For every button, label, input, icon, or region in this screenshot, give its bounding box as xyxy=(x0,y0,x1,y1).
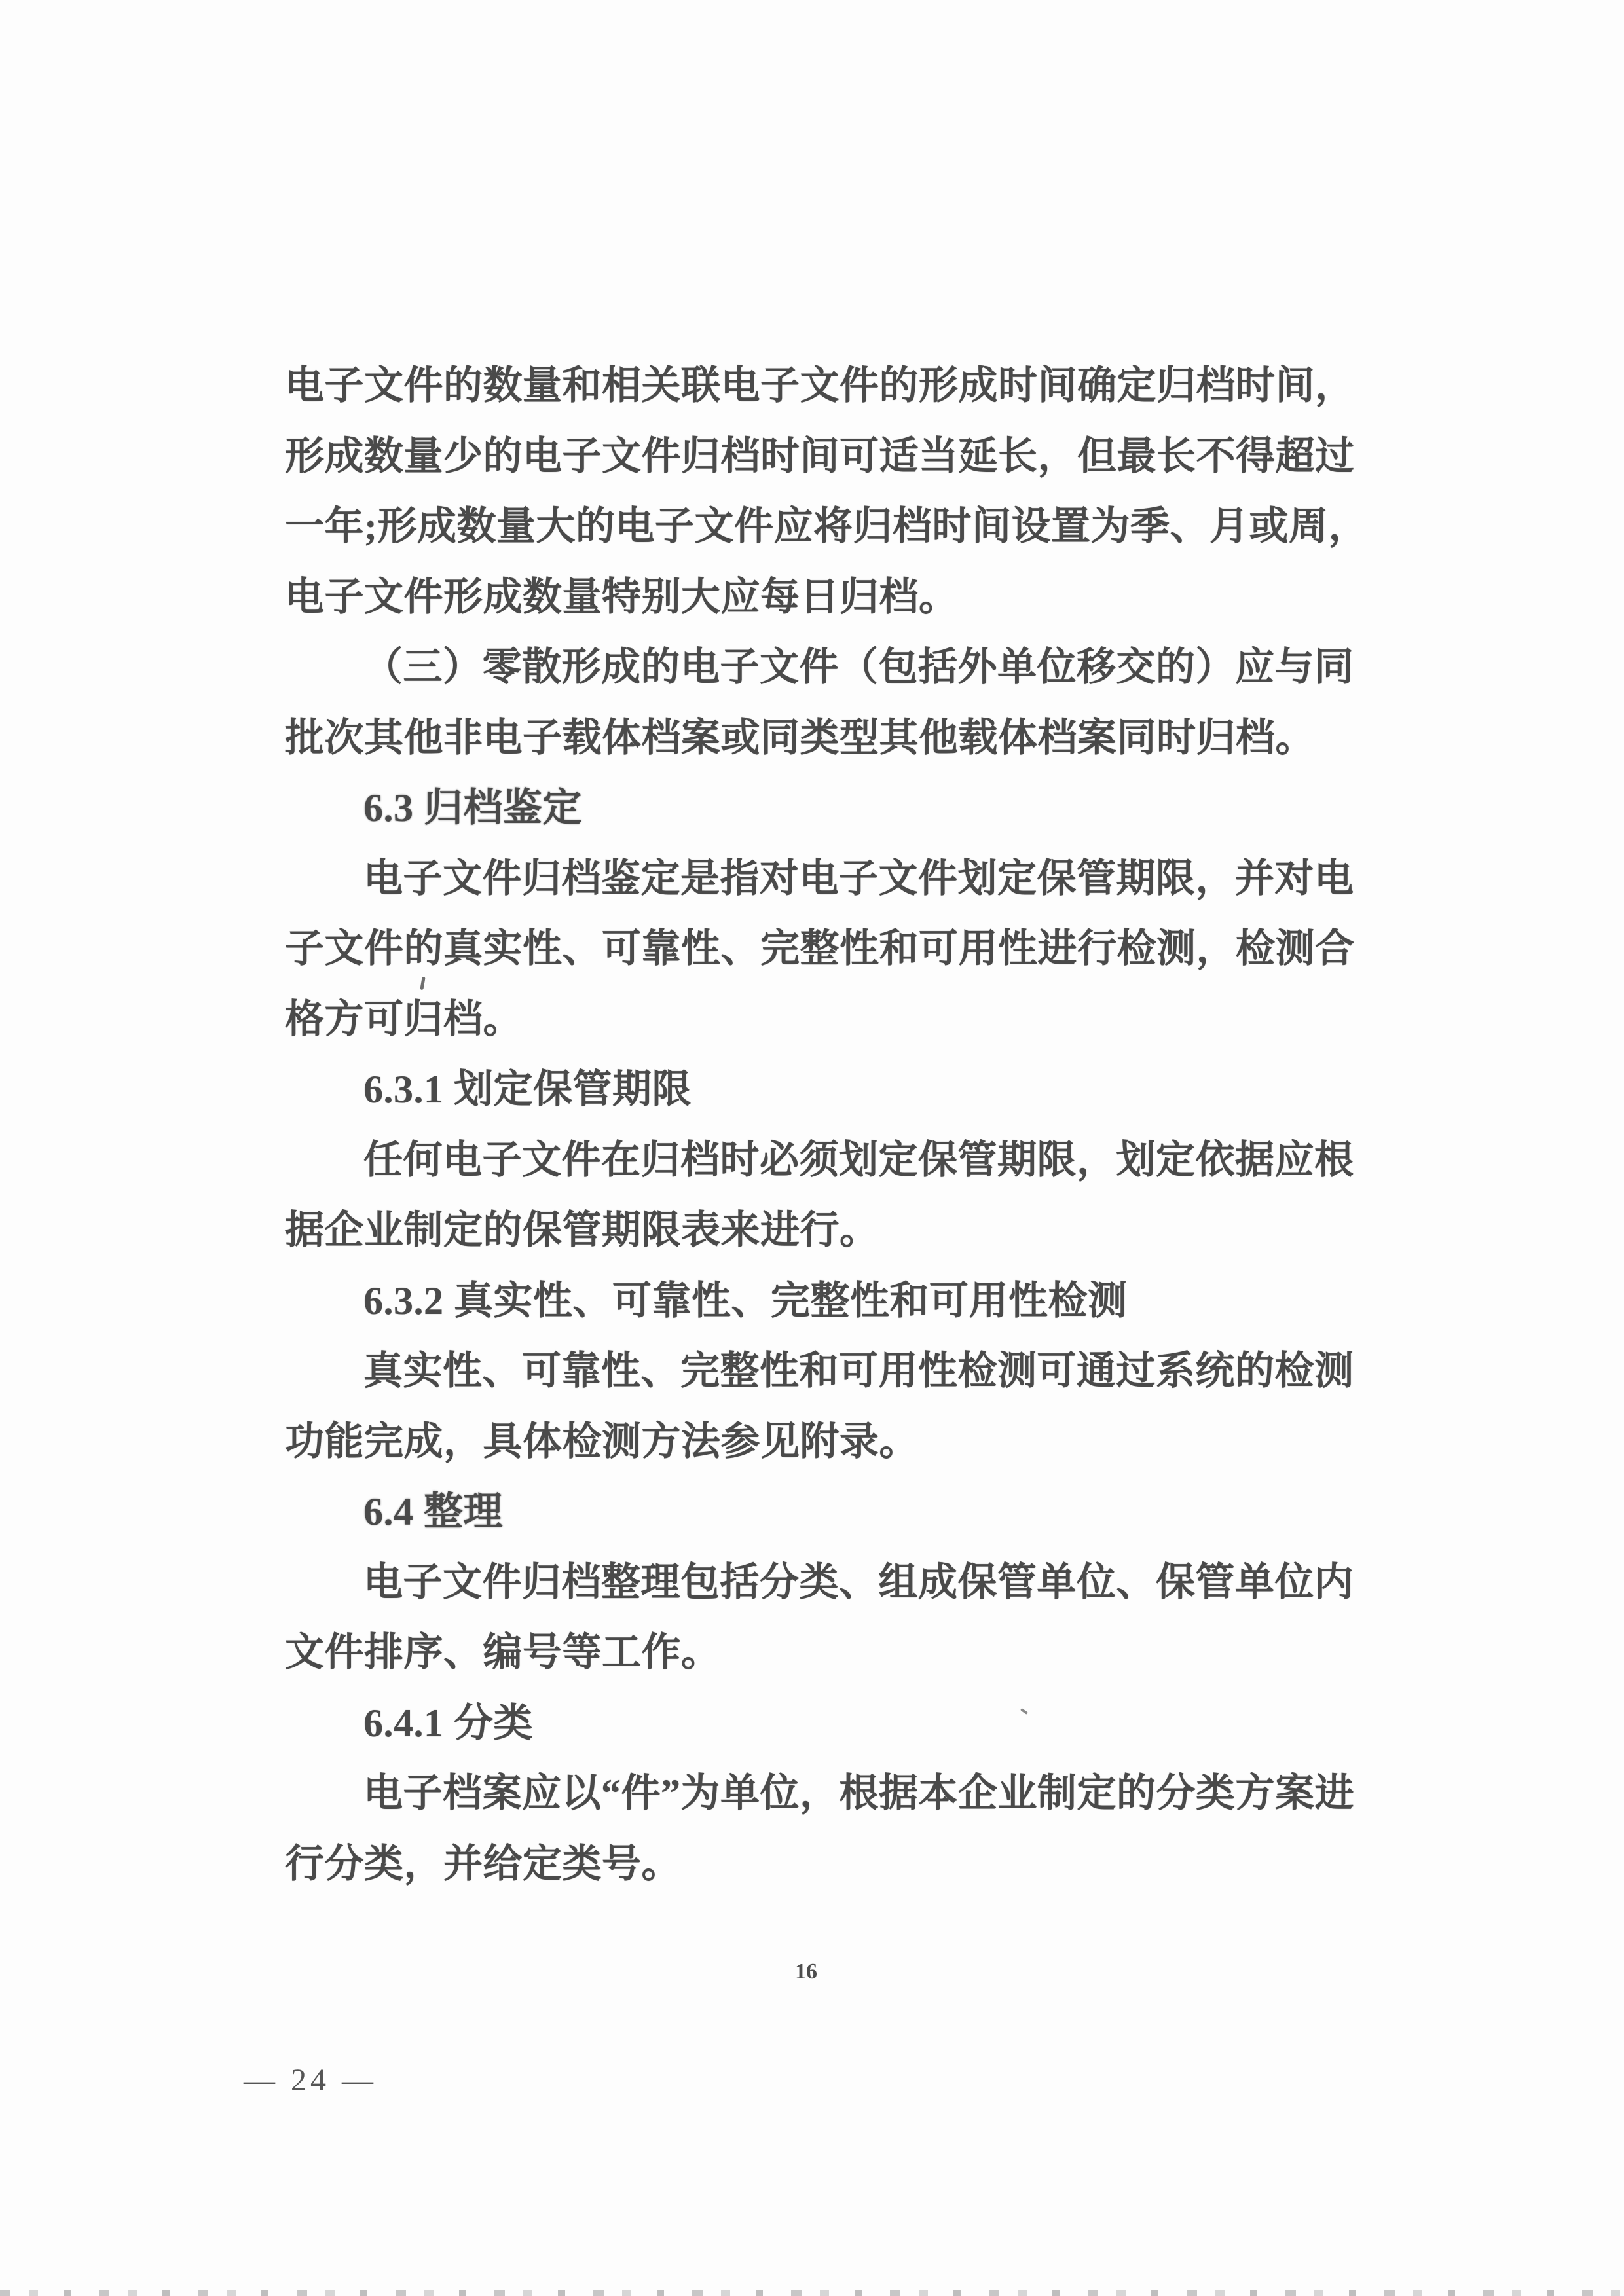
inner-page-number: 16 xyxy=(783,1959,829,1984)
body-text-block: 电子文件的数量和相关联电子文件的形成时间确定归档时间，形成数量少的电子文件归档时… xyxy=(285,351,1359,1899)
text-line: 功能完成，具体检测方法参见附录。 xyxy=(285,1407,1359,1478)
section-heading: 6.4.1 分类 xyxy=(285,1688,1359,1759)
text-line: 格方可归档。 xyxy=(285,985,1359,1055)
text-line: 据企业制定的保管期限表来进行。 xyxy=(285,1195,1359,1266)
outer-page-number: — 24 — xyxy=(244,2062,377,2098)
text-line: 行分类，并给定类号。 xyxy=(285,1829,1359,1900)
text-line: （三）零散形成的电子文件（包括外单位移交的）应与同 xyxy=(285,632,1359,703)
section-heading: 6.3 归档鉴定 xyxy=(285,773,1359,844)
scan-edge-noise xyxy=(0,2290,1624,2296)
text-line: 电子档案应以“件”为单位，根据本企业制定的分类方案进 xyxy=(285,1758,1359,1829)
text-line: 电子文件归档整理包括分类、组成保管单位、保管单位内 xyxy=(285,1548,1359,1618)
text-line: 文件排序、编号等工作。 xyxy=(285,1618,1359,1688)
text-line: 任何电子文件在归档时必须划定保管期限，划定依据应根 xyxy=(285,1125,1359,1196)
text-line: 一年;形成数量大的电子文件应将归档时间设置为季、月或周， xyxy=(285,492,1359,562)
section-heading: 6.3.1 划定保管期限 xyxy=(285,1055,1359,1125)
section-heading: 6.3.2 真实性、可靠性、完整性和可用性检测 xyxy=(285,1266,1359,1337)
text-line: 电子文件归档鉴定是指对电子文件划定保管期限，并对电 xyxy=(285,844,1359,915)
text-line: 电子文件形成数量特别大应每日归档。 xyxy=(285,562,1359,633)
text-line: 形成数量少的电子文件归档时间可适当延长，但最长不得超过 xyxy=(285,422,1359,492)
text-line: 真实性、可靠性、完整性和可用性检测可通过系统的检测 xyxy=(285,1336,1359,1407)
section-heading: 6.4 整理 xyxy=(285,1477,1359,1548)
text-line: 子文件的真实性、可靠性、完整性和可用性进行检测，检测合 xyxy=(285,914,1359,985)
text-line: 批次其他非电子载体档案或同类型其他载体档案同时归档。 xyxy=(285,703,1359,774)
document-page: 电子文件的数量和相关联电子文件的形成时间确定归档时间，形成数量少的电子文件归档时… xyxy=(0,0,1624,2296)
text-line: 电子文件的数量和相关联电子文件的形成时间确定归档时间， xyxy=(285,351,1359,422)
